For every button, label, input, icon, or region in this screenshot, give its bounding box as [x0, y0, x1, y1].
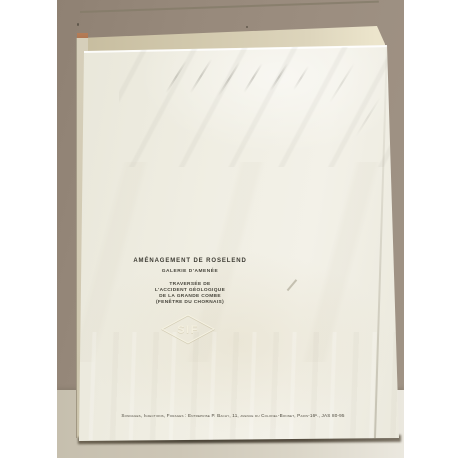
background-speck	[77, 23, 79, 26]
background-speck	[246, 26, 248, 28]
cover-subtitle: GALERIE D'AMENÉE	[90, 269, 290, 274]
cover-title: AMÉNAGEMENT DE ROSELEND	[90, 258, 290, 264]
wrap-wrinkle	[293, 66, 310, 91]
sif-diamond-logo: SIF SIF	[160, 313, 216, 345]
photo-area: AMÉNAGEMENT DE ROSELEND GALERIE D'AMENÉE…	[57, 0, 404, 458]
wrap-wrinkle	[270, 63, 289, 91]
section-line: (FENÊTRE DU CHORNAIS)	[90, 300, 290, 306]
wrap-wrinkle	[243, 63, 263, 93]
book-cover-photograph: AMÉNAGEMENT DE ROSELEND GALERIE D'AMENÉE…	[0, 0, 458, 458]
wrap-wrinkle	[165, 60, 187, 93]
wrap-wrinkle	[329, 63, 355, 103]
cover-section-lines: TRAVERSÉE DE L'ACCIDENT GÉOLOGIQUE DE LA…	[90, 282, 290, 306]
front-cover-sheet: AMÉNAGEMENT DE ROSELEND GALERIE D'AMENÉE…	[79, 42, 399, 441]
wrap-sheen	[79, 332, 399, 440]
wrap-wrinkle	[190, 59, 213, 94]
sif-logo-text: SIF	[177, 324, 199, 336]
back-cover-top-edge	[80, 1, 379, 13]
imprint-line: Sondages, Injections, Forages : Entrepri…	[87, 413, 379, 418]
cover-text-block: AMÉNAGEMENT DE ROSELEND GALERIE D'AMENÉE…	[90, 258, 290, 306]
wrap-wrinkle	[218, 62, 241, 97]
wrap-wrinkle	[355, 97, 381, 137]
